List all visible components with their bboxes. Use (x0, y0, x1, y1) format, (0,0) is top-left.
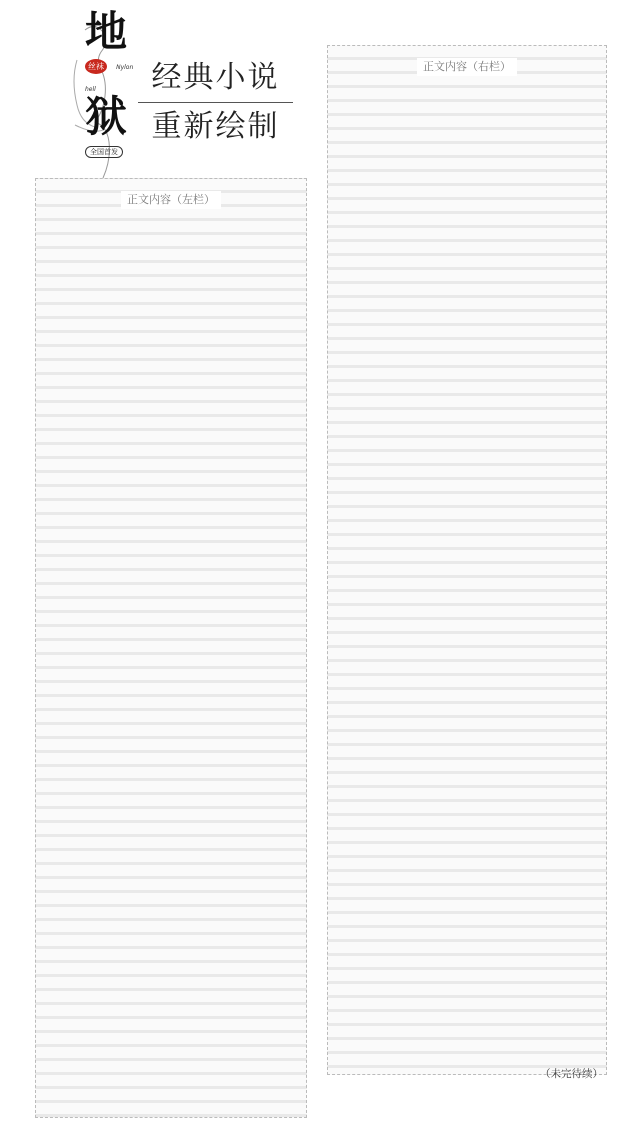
to-be-continued-label: （未完待续） (540, 1066, 603, 1081)
logo-seal: 丝袜 (85, 59, 107, 74)
text-column-left: 正文内容（左栏） (35, 178, 307, 1118)
logo: 地 丝袜 Nylon hell 狱 全国首发 (85, 10, 135, 158)
body-text-placeholder-left: 正文内容（左栏） (35, 178, 307, 1118)
page-title: 经典小说 重新绘制 (138, 58, 293, 147)
logo-char-bottom: 狱 (85, 95, 135, 139)
logo-badge: 全国首发 (85, 146, 123, 158)
logo-char-top: 地 (85, 10, 135, 54)
page-header: 地 丝袜 Nylon hell 狱 全国首发 经典小说 重新绘制 (0, 0, 320, 175)
text-column-right: 正文内容（右栏） (327, 45, 607, 1075)
title-divider (138, 102, 293, 103)
title-line-2: 重新绘制 (138, 107, 293, 147)
title-line-1: 经典小说 (138, 58, 293, 98)
body-text-placeholder-right: 正文内容（右栏） (327, 45, 607, 1075)
